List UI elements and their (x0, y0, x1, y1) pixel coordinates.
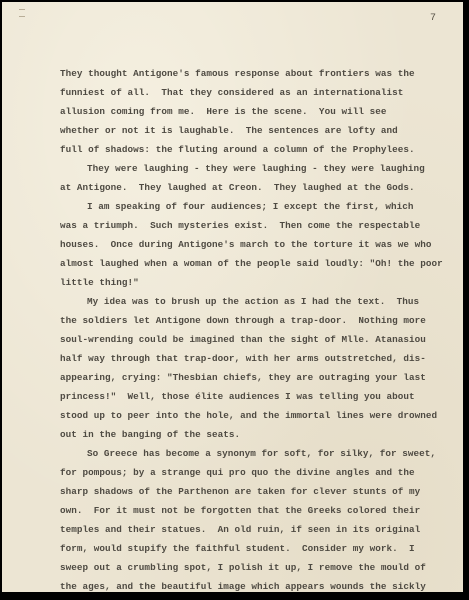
corner-pencil-mark (19, 9, 25, 17)
text-line: They were laughing - they were laughing … (60, 159, 420, 178)
text-line: half way through that trap-door, with he… (60, 349, 420, 368)
typewritten-page: 7 They thought Antigone's famous respons… (2, 2, 463, 592)
text-line: full of shadows: the fluting around a co… (60, 140, 420, 159)
text-line: stood up to peer into the hole, and the … (60, 406, 420, 425)
text-line: princess!" Well, those élite audiences I… (60, 387, 420, 406)
text-line: little thing!" (60, 273, 420, 292)
text-line: sharp shadows of the Parthenon are taken… (60, 482, 420, 501)
text-line: the ages, and the beautiful image which … (60, 577, 420, 596)
body-text: They thought Antigone's famous response … (60, 64, 420, 596)
text-line: out in the banging of the seats. (60, 425, 420, 444)
text-line: houses. Once during Antigone's march to … (60, 235, 420, 254)
text-line: allusion coming from me. Here is the sce… (60, 102, 420, 121)
text-line: They thought Antigone's famous response … (60, 64, 420, 83)
text-line: form, would stupify the faithful student… (60, 539, 420, 558)
text-line: was a triumph. Such mysteries exist. The… (60, 216, 420, 235)
text-line: I am speaking of four audiences; I excep… (60, 197, 420, 216)
text-line: funniest of all. That they considered as… (60, 83, 420, 102)
page-number: 7 (430, 13, 436, 24)
text-line: soul-wrending could be imagined than the… (60, 330, 420, 349)
text-line: the soldiers let Antigone down through a… (60, 311, 420, 330)
text-line: So Greece has become a synonym for soft,… (60, 444, 420, 463)
text-line: almost laughed when a woman of the peopl… (60, 254, 420, 273)
text-line: sweep out a crumbling spot, I polish it … (60, 558, 420, 577)
text-line: temples and their statues. An old ruin, … (60, 520, 420, 539)
text-line: My idea was to brush up the action as I … (60, 292, 420, 311)
text-line: whether or not it is laughable. The sent… (60, 121, 420, 140)
text-line: own. For it must not be forgotten that t… (60, 501, 420, 520)
text-line: appearing, crying: "Thesbian chiefs, the… (60, 368, 420, 387)
text-line: at Antigone. They laughed at Creon. They… (60, 178, 420, 197)
text-line: for pompous; by a strange qui pro quo th… (60, 463, 420, 482)
